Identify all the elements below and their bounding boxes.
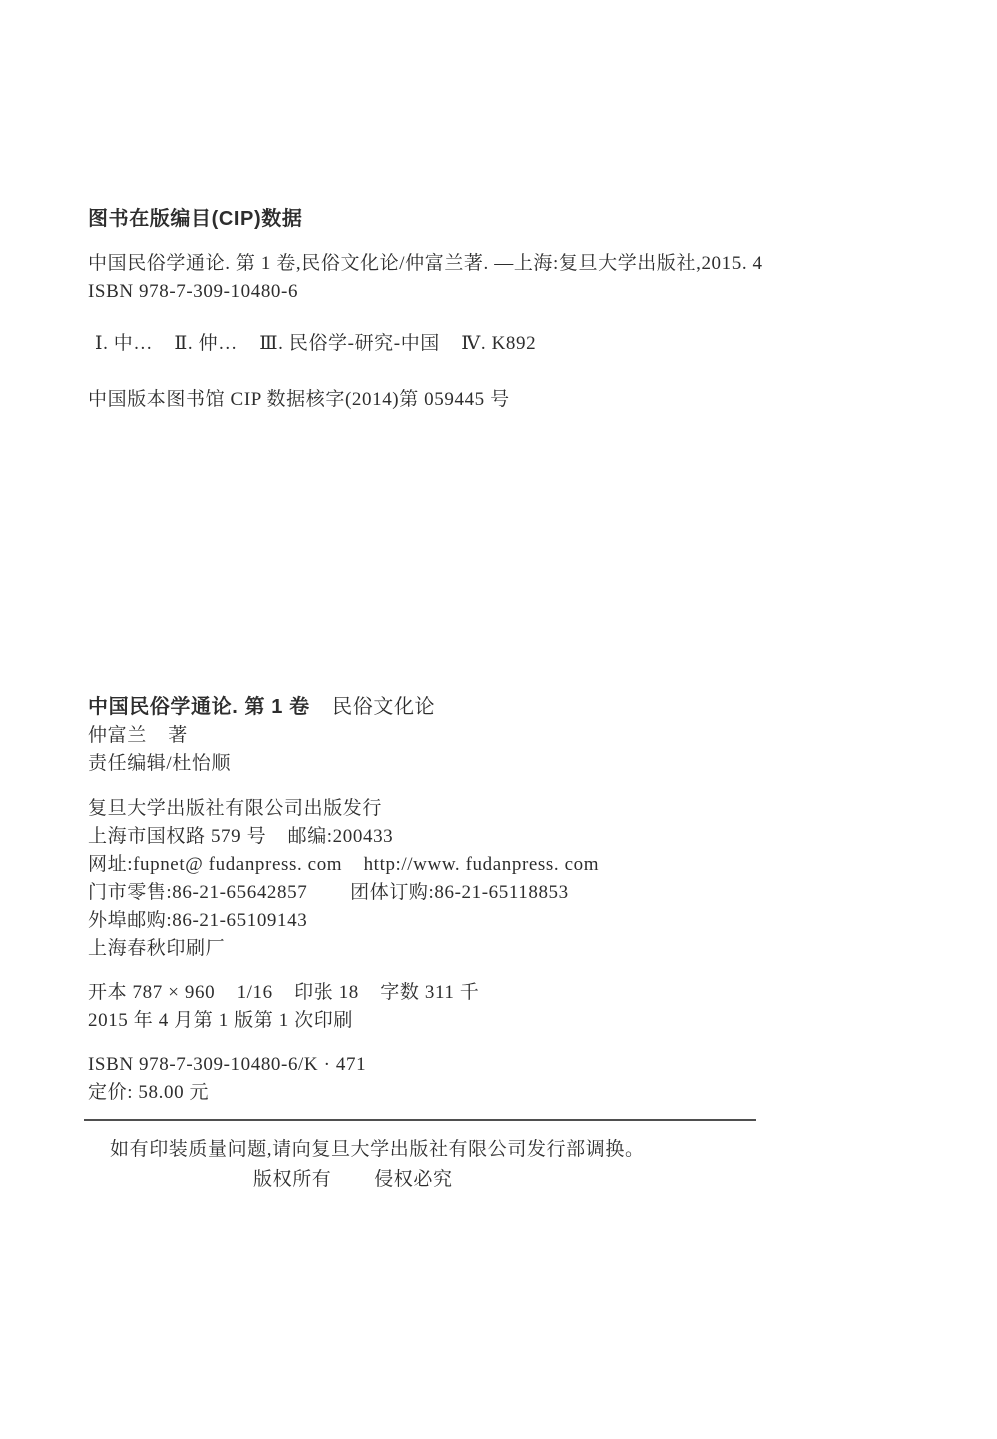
colophon-block: 中国民俗学通论. 第 1 卷 民俗文化论 仲富兰 著 责任编辑/杜怡顺 复旦大学… [88, 692, 928, 1107]
editor-line: 责任编辑/杜怡顺 [88, 750, 928, 778]
copyright-statement: 版权所有 侵权必究 [253, 1166, 453, 1194]
cip-data-block: 图书在版编目(CIP)数据 中国民俗学通论. 第 1 卷,民俗文化论/仲富兰著.… [88, 206, 928, 414]
retail-phone-line: 门市零售:86-21-65642857 团体订购:86-21-65118853 [88, 879, 928, 907]
book-title-subtitle: 民俗文化论 [310, 696, 435, 718]
format-line: 开本 787 × 960 1/16 印张 18 字数 311 千 [88, 979, 928, 1007]
cip-record-number: 中国版本图书馆 CIP 数据核字(2014)第 059445 号 [88, 386, 928, 414]
printer-line: 上海春秋印刷厂 [88, 935, 928, 963]
mail-order-phone-line: 外埠邮购:86-21-65109143 [88, 907, 928, 935]
price-line: 定价: 58.00 元 [88, 1079, 928, 1107]
cip-description: 中国民俗学通论. 第 1 卷,民俗文化论/仲富兰著. —上海:复旦大学出版社,2… [88, 250, 928, 278]
book-title-line: 中国民俗学通论. 第 1 卷 民俗文化论 [88, 692, 928, 722]
address-line: 上海市国权路 579 号 邮编:200433 [88, 823, 928, 851]
quality-notice: 如有印装质量问题,请向复旦大学出版社有限公司发行部调换。 [110, 1136, 645, 1164]
cip-isbn: ISBN 978-7-309-10480-6 [88, 278, 928, 306]
author-line: 仲富兰 著 [88, 722, 928, 750]
website-line: 网址:fupnet@ fudanpress. com http://www. f… [88, 851, 928, 879]
isbn-code-line: ISBN 978-7-309-10480-6/K · 471 [88, 1051, 928, 1079]
divider-rule [84, 1119, 756, 1121]
copyright-page: 图书在版编目(CIP)数据 中国民俗学通论. 第 1 卷,民俗文化论/仲富兰著.… [0, 0, 997, 1439]
edition-line: 2015 年 4 月第 1 版第 1 次印刷 [88, 1007, 928, 1035]
cip-heading: 图书在版编目(CIP)数据 [88, 206, 928, 232]
cip-classification: Ⅰ. 中… Ⅱ. 仲… Ⅲ. 民俗学-研究-中国 Ⅳ. K892 [88, 330, 928, 358]
book-title-main: 中国民俗学通论. 第 1 卷 [88, 696, 310, 718]
publisher-line: 复旦大学出版社有限公司出版发行 [88, 795, 928, 823]
